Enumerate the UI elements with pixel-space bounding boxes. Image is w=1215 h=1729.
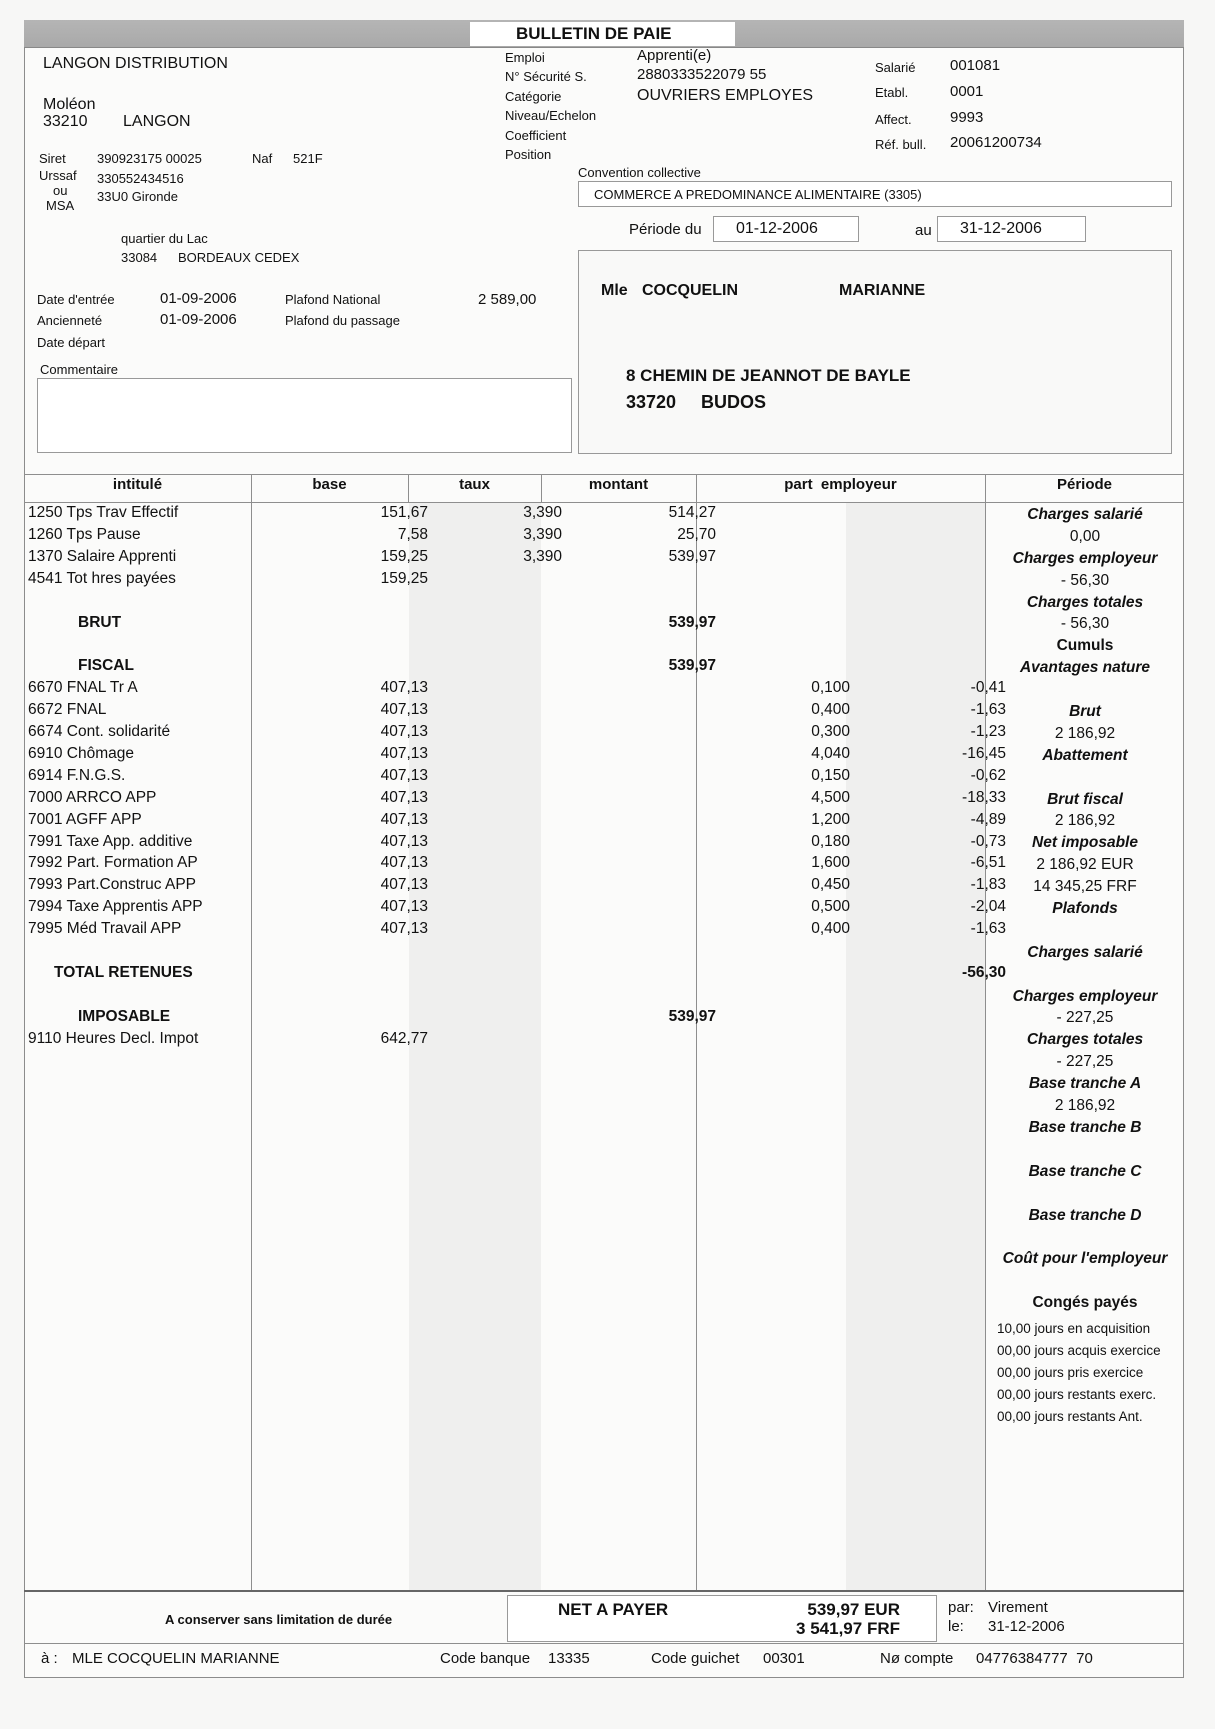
periode-summary-line: Charges employeur (986, 548, 1184, 570)
periode-start: 01-12-2006 (713, 216, 859, 242)
header-taux: taux (408, 476, 541, 493)
periode-summary-line: Brut fiscal (986, 789, 1184, 811)
emploi-value: Apprenti(e) (637, 47, 711, 64)
periode-summary-line: Charges salarié (986, 942, 1184, 964)
urssaf-label: Urssaf (39, 168, 77, 183)
periode-summary-line (986, 1139, 1184, 1161)
employer-city: LANGON (123, 113, 191, 131)
header-intitule: intitulé (24, 476, 251, 493)
periode-summary-line: 14 345,25 FRF (986, 876, 1184, 898)
urssaf-address: quartier du Lac (121, 231, 208, 246)
ref-value: 20061200734 (950, 134, 1042, 151)
row-base: 407,13 (381, 811, 428, 829)
row-label: 7992 Part. Formation AP (28, 854, 198, 872)
plafond-passage-label: Plafond du passage (285, 313, 400, 328)
date-entree-value: 01-09-2006 (160, 290, 237, 307)
periode-au-label: au (915, 222, 932, 239)
row-employer-rate: 0,180 (811, 833, 850, 851)
employee-address: 8 CHEMIN DE JEANNOT DE BAYLE (626, 366, 911, 386)
date-entree-label: Date d'entrée (37, 292, 115, 307)
row-taux: 3,390 (523, 504, 562, 522)
anciennete-value: 01-09-2006 (160, 311, 237, 328)
naf-value: 521F (293, 151, 323, 166)
periode-summary-line (986, 1183, 1184, 1205)
row-base: 407,13 (381, 767, 428, 785)
row-employer-rate: 0,500 (811, 898, 850, 916)
employee-civility: Mle (601, 282, 628, 300)
table-header-border (24, 502, 1184, 503)
periode-summary-line (986, 920, 1184, 942)
row-base: 407,13 (381, 920, 428, 938)
niveau-label: Niveau/Echelon (505, 108, 596, 123)
row-base: 159,25 (381, 570, 428, 588)
table-top-border (24, 474, 1184, 475)
categorie-value: OUVRIERS EMPLOYES (637, 87, 813, 105)
conges-line: 00,00 jours restants exerc. (986, 1384, 1184, 1406)
employee-city: BUDOS (701, 392, 766, 413)
row-label: 6914 F.N.G.S. (28, 767, 125, 785)
row-base: 407,13 (381, 701, 428, 719)
row-taux: 3,390 (523, 548, 562, 566)
urssaf-postal-code: 33084 (121, 250, 157, 265)
row-montant: 539,97 (669, 548, 716, 566)
employer-address: Moléon (43, 96, 95, 114)
row-label: BRUT (78, 614, 121, 632)
row-label: 1250 Tps Trav Effectif (28, 504, 178, 522)
urssaf-region: 33U0 Gironde (97, 189, 178, 204)
etabl-value: 0001 (950, 83, 983, 100)
employee-last-name: COCQUELIN (642, 282, 738, 300)
code-banque-value: 13335 (548, 1650, 590, 1667)
compte-label: Nø compte (880, 1650, 953, 1667)
employer-postal-code: 33210 (43, 113, 88, 131)
code-guichet-label: Code guichet (651, 1650, 739, 1667)
row-employer-rate: 1,600 (811, 854, 850, 872)
ou-label: ou (53, 183, 67, 198)
naf-label: Naf (252, 151, 272, 166)
employee-address-box (578, 250, 1172, 454)
periode-summary-line: Charges totales (986, 1029, 1184, 1051)
row-montant: 514,27 (669, 504, 716, 522)
employee-postal-code: 33720 (626, 392, 676, 413)
net-amount-frf: 3 541,97 FRF (796, 1619, 900, 1639)
conges-line: 00,00 jours acquis exercice (986, 1340, 1184, 1362)
row-label: 7000 ARRCO APP (28, 789, 156, 807)
row-montant: 539,97 (669, 614, 716, 632)
conges-line: 10,00 jours en acquisition (986, 1318, 1184, 1340)
row-montant: 25,70 (677, 526, 716, 544)
row-label: 1370 Salaire Apprenti (28, 548, 176, 566)
date-depart-label: Date départ (37, 335, 105, 350)
conges-list: 10,00 jours en acquisition00,00 jours ac… (986, 1318, 1184, 1427)
row-label: 6672 FNAL (28, 701, 106, 719)
row-base: 642,77 (381, 1030, 428, 1048)
periode-summary-line: Base tranche A (986, 1073, 1184, 1095)
periode-summary-line: Cumuls (986, 635, 1184, 657)
row-montant: 539,97 (669, 657, 716, 675)
footer-divider (24, 1643, 1184, 1644)
periode-summary-line: Avantages nature (986, 657, 1184, 679)
affect-label: Affect. (875, 112, 912, 127)
periode-summary-line: Brut (986, 701, 1184, 723)
periode-summary-line (986, 964, 1184, 986)
code-banque-label: Code banque (440, 1650, 530, 1667)
secu-value: 2880333522079 55 (637, 66, 766, 83)
row-label: 7995 Méd Travail APP (28, 920, 181, 938)
periode-summary-line: Net imposable (986, 832, 1184, 854)
code-guichet-value: 00301 (763, 1650, 805, 1667)
header-periode: Période (985, 476, 1184, 493)
row-label: 4541 Tot hres payées (28, 570, 176, 588)
periode-summary: Charges salarié0,00Charges employeur- 56… (986, 504, 1184, 1314)
conges-line: 00,00 jours restants Ant. (986, 1406, 1184, 1428)
periode-summary-line: Base tranche B (986, 1117, 1184, 1139)
convention-value: COMMERCE A PREDOMINANCE ALIMENTAIRE (330… (578, 181, 1172, 207)
position-label: Position (505, 147, 551, 162)
siret-value: 390923175 00025 (97, 151, 202, 166)
row-label: 6910 Chômage (28, 745, 134, 763)
periode-summary-line: - 227,25 (986, 1051, 1184, 1073)
periode-summary-line: Plafonds (986, 898, 1184, 920)
net-amount-eur: 539,97 EUR (807, 1600, 900, 1620)
compte-value: 04776384777 70 (976, 1650, 1093, 1667)
row-base: 7,58 (398, 526, 428, 544)
periode-summary-line: Abattement (986, 745, 1184, 767)
row-label: 7001 AGFF APP (28, 811, 142, 829)
row-employer-rate: 4,500 (811, 789, 850, 807)
row-label: TOTAL RETENUES (54, 964, 193, 982)
coefficient-label: Coefficient (505, 128, 566, 143)
periode-summary-line: Charges salarié (986, 504, 1184, 526)
row-label: IMPOSABLE (78, 1008, 170, 1026)
periode-summary-line: 2 186,92 (986, 1095, 1184, 1117)
row-base: 151,67 (381, 504, 428, 522)
periode-summary-line: Base tranche D (986, 1205, 1184, 1227)
document-title: BULLETIN DE PAIE (470, 22, 735, 46)
row-employer-rate: 0,450 (811, 876, 850, 894)
payment-method: Virement (988, 1599, 1048, 1616)
row-label: FISCAL (78, 657, 134, 675)
periode-summary-line: Base tranche C (986, 1161, 1184, 1183)
row-employer-rate: 4,040 (811, 745, 850, 763)
emploi-label: Emploi (505, 50, 545, 65)
row-label: 9110 Heures Decl. Impot (28, 1030, 198, 1048)
conserver-note: A conserver sans limitation de durée (165, 1612, 392, 1627)
salarie-label: Salarié (875, 60, 915, 75)
header-part-employeur: part employeur (696, 476, 985, 493)
row-label: 1260 Tps Pause (28, 526, 141, 544)
periode-summary-line: Charges totales (986, 592, 1184, 614)
row-taux: 3,390 (523, 526, 562, 544)
urssaf-city: BORDEAUX CEDEX (178, 250, 299, 265)
categorie-label: Catégorie (505, 89, 561, 104)
row-montant: 539,97 (669, 1008, 716, 1026)
row-employer-rate: 0,100 (811, 679, 850, 697)
periode-summary-line: - 227,25 (986, 1007, 1184, 1029)
net-a-payer-label: NET A PAYER (558, 1600, 668, 1620)
par-label: par: (948, 1599, 974, 1616)
periode-summary-line: Coût pour l'employeur (986, 1248, 1184, 1270)
row-base: 407,13 (381, 898, 428, 916)
row-base: 407,13 (381, 679, 428, 697)
le-label: le: (948, 1618, 964, 1635)
periode-summary-line: Charges employeur (986, 986, 1184, 1008)
affect-value: 9993 (950, 109, 983, 126)
row-label: 7993 Part.Construc APP (28, 876, 196, 894)
anciennete-label: Ancienneté (37, 313, 102, 328)
urssaf-number: 330552434516 (97, 171, 184, 186)
header-base: base (251, 476, 408, 493)
beneficiary-label: à : (41, 1650, 58, 1667)
periode-summary-line (986, 679, 1184, 701)
row-label: 6674 Cont. solidarité (28, 723, 170, 741)
footer-top-border (24, 1590, 1184, 1592)
row-employer-rate: 0,300 (811, 723, 850, 741)
row-base: 407,13 (381, 833, 428, 851)
conges-line: 00,00 jours pris exercice (986, 1362, 1184, 1384)
periode-summary-line: 2 186,92 (986, 723, 1184, 745)
row-base: 407,13 (381, 876, 428, 894)
row-employer-rate: 0,400 (811, 701, 850, 719)
salarie-value: 001081 (950, 57, 1000, 74)
periode-summary-line: Congés payés (986, 1292, 1184, 1314)
periode-du-label: Période du (629, 221, 702, 238)
msa-label: MSA (46, 198, 74, 213)
convention-label: Convention collective (578, 165, 701, 180)
secu-label: N° Sécurité S. (505, 69, 587, 84)
commentaire-box (37, 378, 572, 453)
periode-end: 31-12-2006 (937, 216, 1086, 242)
payment-date: 31-12-2006 (988, 1618, 1065, 1635)
beneficiary-name: MLE COCQUELIN MARIANNE (72, 1650, 280, 1667)
commentaire-label: Commentaire (40, 362, 118, 377)
row-label: 6670 FNAL Tr A (28, 679, 138, 697)
periode-summary-line: 2 186,92 (986, 810, 1184, 832)
plafond-national-label: Plafond National (285, 292, 380, 307)
employer-name: LANGON DISTRIBUTION (43, 55, 228, 73)
row-base: 159,25 (381, 548, 428, 566)
row-employer-rate: 0,400 (811, 920, 850, 938)
etabl-label: Etabl. (875, 85, 908, 100)
row-base: 407,13 (381, 723, 428, 741)
plafond-national-value: 2 589,00 (478, 291, 536, 308)
row-label: 7991 Taxe App. additive (28, 833, 192, 851)
periode-summary-line: 0,00 (986, 526, 1184, 548)
periode-summary-line: - 56,30 (986, 570, 1184, 592)
row-base: 407,13 (381, 854, 428, 872)
row-employer-rate: 0,150 (811, 767, 850, 785)
row-label: 7994 Taxe Apprentis APP (28, 898, 203, 916)
employee-first-name: MARIANNE (839, 282, 925, 300)
periode-summary-line (986, 767, 1184, 789)
ref-label: Réf. bull. (875, 137, 926, 152)
row-base: 407,13 (381, 789, 428, 807)
periode-summary-line: 2 186,92 EUR (986, 854, 1184, 876)
row-base: 407,13 (381, 745, 428, 763)
siret-label: Siret (39, 151, 66, 166)
periode-summary-line: - 56,30 (986, 613, 1184, 635)
row-employer-rate: 1,200 (811, 811, 850, 829)
periode-summary-line (986, 1270, 1184, 1292)
periode-summary-line (986, 1226, 1184, 1248)
header-montant: montant (541, 476, 696, 493)
